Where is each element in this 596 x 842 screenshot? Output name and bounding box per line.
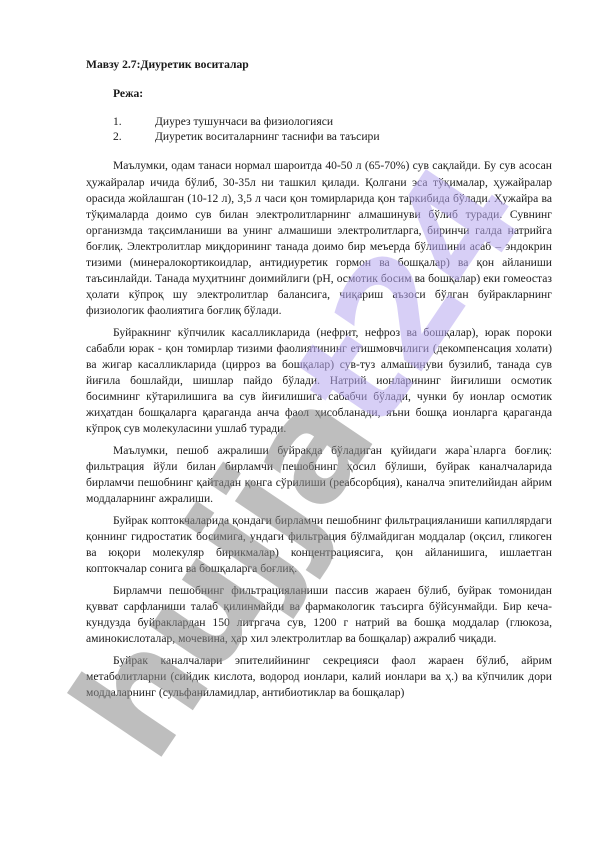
plan-item-text: Диуретик воситаларнинг таснифи ва таъсир… xyxy=(155,130,380,145)
plan-heading: Режа: xyxy=(113,86,552,101)
document-page: Мавзу 2.7:Диуретик воситалар Режа: 1. Ди… xyxy=(86,57,552,706)
paragraph: Бирламчи пешобнинг фильтрацияланиши пасс… xyxy=(86,583,552,647)
plan-item-number: 1. xyxy=(113,115,155,130)
page-title: Мавзу 2.7:Диуретик воситалар xyxy=(86,57,552,72)
paragraph: Буйракнинг кўпчилик касалликларида (нефр… xyxy=(86,325,552,438)
plan-item-text: Диурез тушунчаси ва физиологияси xyxy=(155,115,333,130)
plan-item: 2. Диуретик воситаларнинг таснифи ва таъ… xyxy=(113,130,552,145)
plan-item-number: 2. xyxy=(113,130,155,145)
paragraph: Буйрак коптокчаларида қондаги бирламчи п… xyxy=(86,513,552,577)
paragraph: Буйрак каналчалари эпителийининг секреци… xyxy=(86,653,552,701)
plan-item: 1. Диурез тушунчаси ва физиологияси xyxy=(113,115,552,130)
plan-list: 1. Диурез тушунчаси ва физиологияси 2. Д… xyxy=(86,115,552,144)
paragraph: Маълумки, одам танаси нормал шароитда 40… xyxy=(86,158,552,319)
paragraph: Маълумки, пешоб ажралиши буйракда бўлади… xyxy=(86,443,552,507)
